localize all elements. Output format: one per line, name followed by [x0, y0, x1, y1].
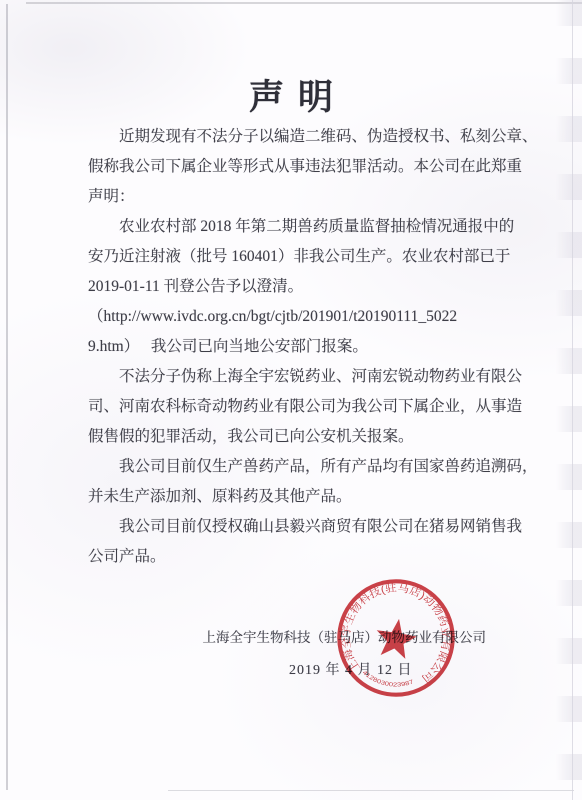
text-line: 并未生产添加剂、原料药及其他产品。 — [88, 482, 518, 512]
company-seal-stamp: 上海全宇生物科技(驻马店)动物药业有限公司 4128030023987 — [324, 566, 468, 710]
scan-shadow-right — [556, 0, 582, 800]
text-line: （http://www.ivdc.org.cn/bgt/cjtb/201901/… — [88, 302, 518, 332]
text-line: 农业农村部 2018 年第二期兽药质量监督抽检情况通报中的 — [88, 212, 518, 242]
document-title: 声明 — [0, 70, 582, 120]
text-line: 不法分子伪称上海全宇宏锐药业、河南宏锐动物药业有限公 — [88, 362, 518, 392]
text-line: 假称我公司下属企业等形式从事违法犯罪活动。本公司在此郑重 — [88, 152, 518, 182]
seal-star-icon — [373, 616, 419, 660]
scan-edge-bottom — [168, 790, 574, 792]
document-body: 近期发现有不法分子以编造二维码、伪造授权书、私刻公章、假称我公司下属企业等形式从… — [88, 122, 518, 572]
scan-edge-right — [572, 0, 573, 800]
scan-edge-top — [26, 2, 582, 4]
scanned-document-page: 声明 近期发现有不法分子以编造二维码、伪造授权书、私刻公章、假称我公司下属企业等… — [0, 0, 582, 800]
text-line: 安乃近注射液（批号 160401）非我公司生产。农业农村部已于 — [88, 242, 518, 272]
scan-edge-left — [6, 4, 8, 790]
text-line: 声明： — [88, 182, 518, 212]
text-line: 近期发现有不法分子以编造二维码、伪造授权书、私刻公章、 — [88, 122, 518, 152]
text-line: 2019-01-11 刊登公告予以澄清。 — [88, 272, 518, 302]
text-line: 司、河南农科标奇动物药业有限公司为我公司下属企业，从事造 — [88, 392, 518, 422]
text-line: 公司产品。 — [88, 542, 518, 572]
text-line: 我公司目前仅授权确山县毅兴商贸有限公司在猪易网销售我 — [88, 512, 518, 542]
text-line: 假售假的犯罪活动，我公司已向公安机关报案。 — [88, 422, 518, 452]
text-line: 9.htm） 我公司已向当地公安部门报案。 — [88, 332, 518, 362]
text-line: 我公司目前仅生产兽药产品，所有产品均有国家兽药追溯码， — [88, 452, 518, 482]
